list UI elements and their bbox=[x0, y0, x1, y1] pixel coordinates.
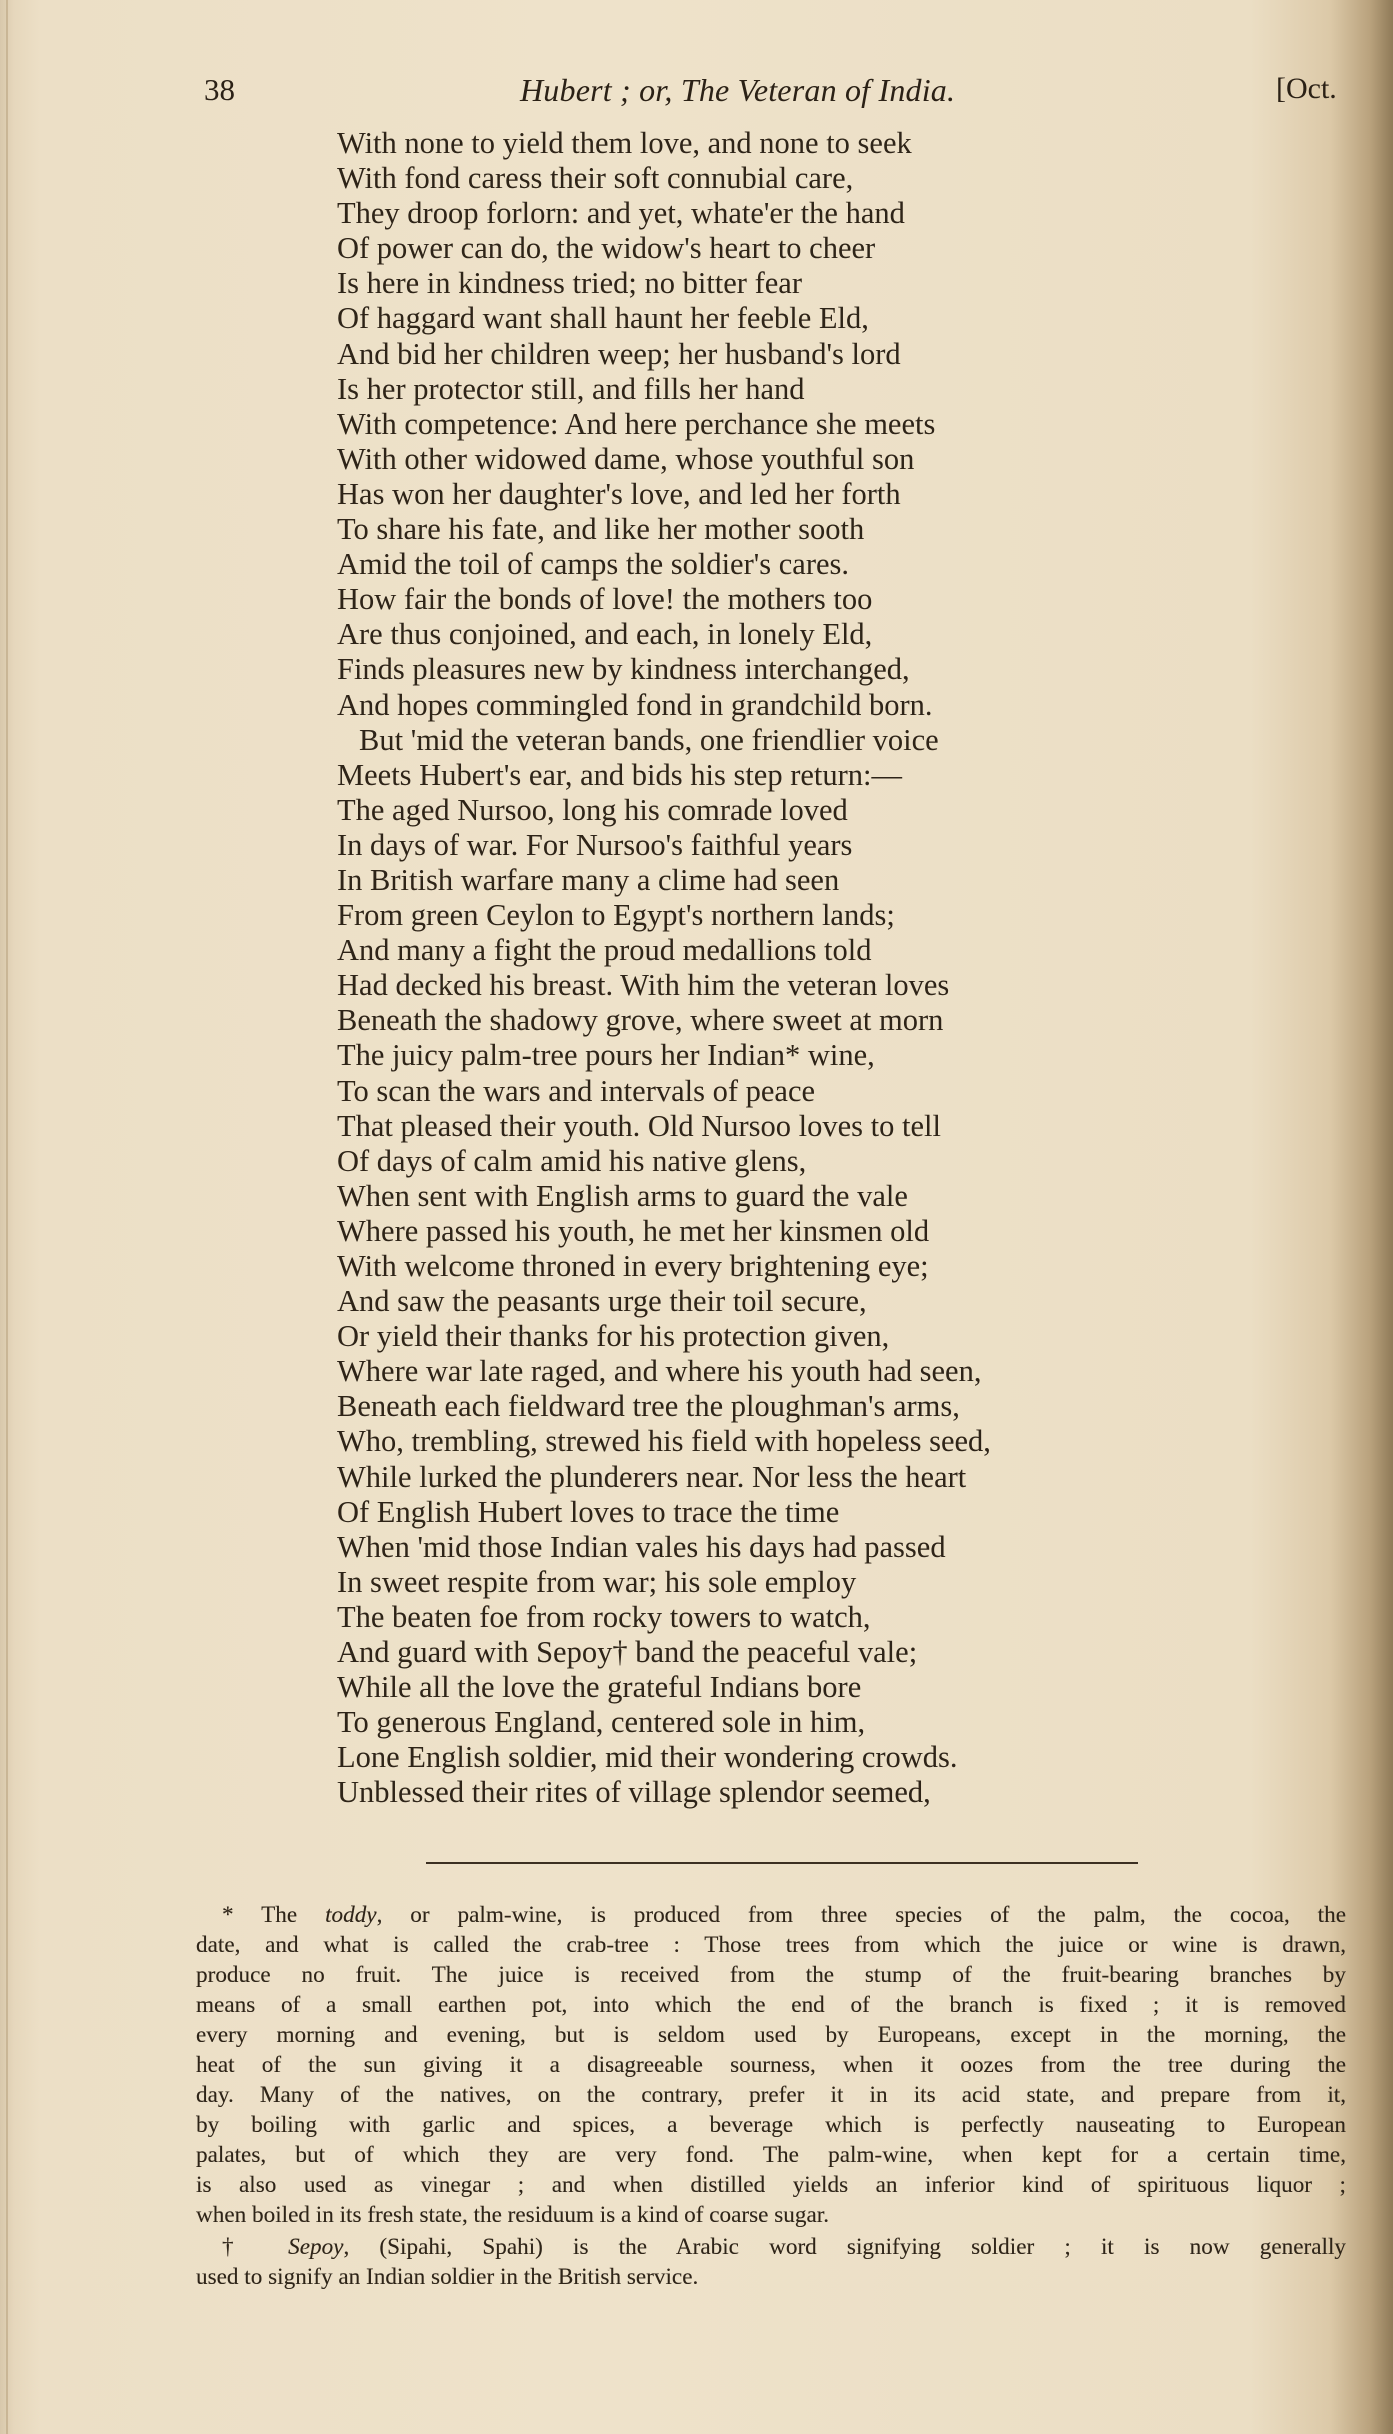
footnote-line: day. Many of the natives, on the contrar… bbox=[196, 2080, 1346, 2110]
footnote-toddy: * The toddy, or palm-wine, is produced f… bbox=[196, 1900, 1346, 2230]
poem-line: To share his fate, and like her mother s… bbox=[337, 512, 1237, 547]
poem-line: Or yield their thanks for his protection… bbox=[337, 1319, 1237, 1354]
poem-line: Meets Hubert's ear, and bids his step re… bbox=[337, 758, 1237, 793]
poem-line: Had decked his breast. With him the vete… bbox=[337, 968, 1237, 1003]
poem-line: They droop forlorn: and yet, whate'er th… bbox=[337, 196, 1237, 231]
footnote-line: is also used as vinegar ; and when disti… bbox=[196, 2170, 1346, 2200]
footnote-line: date, and what is called the crab-tree :… bbox=[196, 1930, 1346, 1960]
footnote-line: heat of the sun giving it a disagreeable… bbox=[196, 2050, 1346, 2080]
poem-line: In days of war. For Nursoo's faithful ye… bbox=[337, 828, 1237, 863]
poem-line: Has won her daughter's love, and led her… bbox=[337, 477, 1237, 512]
poem-line: And bid her children weep; her husband's… bbox=[337, 337, 1237, 372]
running-head: 38 Hubert ; or, The Veteran of India. [O… bbox=[0, 72, 1393, 122]
footnote-line: by boiling with garlic and spices, a bev… bbox=[196, 2110, 1346, 2140]
poem-line: How fair the bonds of love! the mothers … bbox=[337, 582, 1237, 617]
poem-line: From green Ceylon to Egypt's northern la… bbox=[337, 898, 1237, 933]
poem-line: Beneath each fieldward tree the ploughma… bbox=[337, 1389, 1237, 1424]
poem-line: With fond caress their soft connubial ca… bbox=[337, 161, 1237, 196]
poem-line: In British warfare many a clime had seen bbox=[337, 863, 1237, 898]
poem-line: In sweet respite from war; his sole empl… bbox=[337, 1565, 1237, 1600]
poem-line: When 'mid those Indian vales his days ha… bbox=[337, 1530, 1237, 1565]
footnote-divider bbox=[426, 1862, 1138, 1864]
footnote-line: palates, but of which they are very fond… bbox=[196, 2140, 1346, 2170]
poem-line: The aged Nursoo, long his comrade loved bbox=[337, 793, 1237, 828]
poem-line: Unblessed their rites of village splendo… bbox=[337, 1775, 1237, 1810]
poem-line: With competence: And here perchance she … bbox=[337, 407, 1237, 442]
poem-line: Lone English soldier, mid their wonderin… bbox=[337, 1740, 1237, 1775]
poem-line: While lurked the plunderers near. Nor le… bbox=[337, 1460, 1237, 1495]
poem-line: And many a fight the proud medallions to… bbox=[337, 933, 1237, 968]
footnote-line: produce no fruit. The juice is received … bbox=[196, 1960, 1346, 1990]
poem-line: With none to yield them love, and none t… bbox=[337, 126, 1237, 161]
footnote-line: used to signify an Indian soldier in the… bbox=[196, 2262, 1346, 2292]
footnote-line: when boiled in its fresh state, the resi… bbox=[196, 2200, 1346, 2230]
poem-line: Is her protector still, and fills her ha… bbox=[337, 372, 1237, 407]
footnote-sepoy: † Sepoy, (Sipahi, Spahi) is the Arabic w… bbox=[196, 2232, 1346, 2292]
poem-line: Of power can do, the widow's heart to ch… bbox=[337, 231, 1237, 266]
poem-line: The juicy palm-tree pours her Indian* wi… bbox=[337, 1038, 1237, 1073]
poem-body: With none to yield them love, and none t… bbox=[337, 126, 1237, 1811]
poem-line: Are thus conjoined, and each, in lonely … bbox=[337, 617, 1237, 652]
poem-line: But 'mid the veteran bands, one friendli… bbox=[337, 723, 1237, 758]
month-marker: [Oct. bbox=[1276, 72, 1337, 106]
poem-line: Who, trembling, strewed his field with h… bbox=[337, 1424, 1237, 1459]
poem-line: And hopes commingled fond in grandchild … bbox=[337, 688, 1237, 723]
book-page: 38 Hubert ; or, The Veteran of India. [O… bbox=[0, 0, 1393, 2434]
poem-line: Beneath the shadowy grove, where sweet a… bbox=[337, 1003, 1237, 1038]
footnotes: * The toddy, or palm-wine, is produced f… bbox=[196, 1900, 1346, 2292]
footnote-line: * The toddy, or palm-wine, is produced f… bbox=[196, 1900, 1346, 1930]
poem-line: To scan the wars and intervals of peace bbox=[337, 1074, 1237, 1109]
poem-line: The beaten foe from rocky towers to watc… bbox=[337, 1600, 1237, 1635]
footnote-line: † Sepoy, (Sipahi, Spahi) is the Arabic w… bbox=[196, 2232, 1346, 2262]
footnote-term: Sepoy bbox=[288, 2234, 343, 2260]
poem-line: Finds pleasures new by kindness intercha… bbox=[337, 652, 1237, 687]
poem-line: When sent with English arms to guard the… bbox=[337, 1179, 1237, 1214]
poem-line: Where war late raged, and where his yout… bbox=[337, 1354, 1237, 1389]
poem-line: Where passed his youth, he met her kinsm… bbox=[337, 1214, 1237, 1249]
poem-line: Of English Hubert loves to trace the tim… bbox=[337, 1495, 1237, 1530]
poem-line: And saw the peasants urge their toil sec… bbox=[337, 1284, 1237, 1319]
poem-line: Is here in kindness tried; no bitter fea… bbox=[337, 266, 1237, 301]
running-title: Hubert ; or, The Veteran of India. bbox=[520, 72, 955, 109]
poem-line: And guard with Sepoy† band the peaceful … bbox=[337, 1635, 1237, 1670]
poem-line: To generous England, centered sole in hi… bbox=[337, 1705, 1237, 1740]
poem-line: Of haggard want shall haunt her feeble E… bbox=[337, 301, 1237, 336]
poem-line: With welcome throned in every brightenin… bbox=[337, 1249, 1237, 1284]
page-number: 38 bbox=[204, 72, 235, 108]
poem-line: That pleased their youth. Old Nursoo lov… bbox=[337, 1109, 1237, 1144]
footnote-term: toddy bbox=[325, 1902, 377, 1928]
poem-line: Of days of calm amid his native glens, bbox=[337, 1144, 1237, 1179]
poem-line: With other widowed dame, whose youthful … bbox=[337, 442, 1237, 477]
poem-line: Amid the toil of camps the soldier's car… bbox=[337, 547, 1237, 582]
footnote-line: means of a small earthen pot, into which… bbox=[196, 1990, 1346, 2020]
footnote-line: every morning and evening, but is seldom… bbox=[196, 2020, 1346, 2050]
poem-line: While all the love the grateful Indians … bbox=[337, 1670, 1237, 1705]
